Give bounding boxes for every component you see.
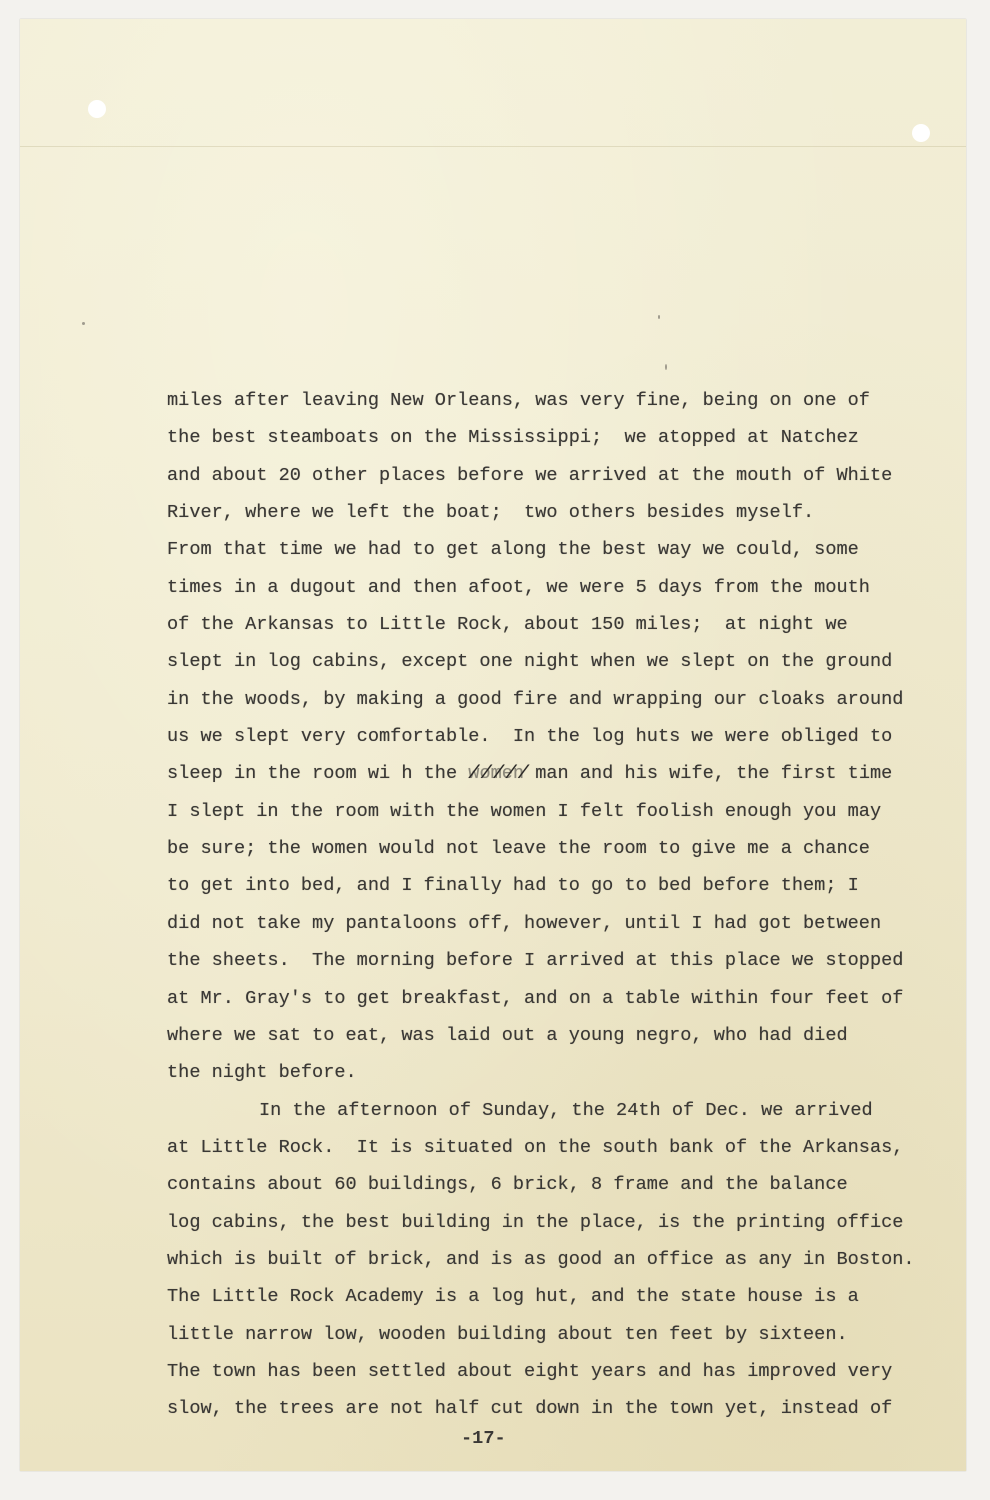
punch-hole-left-icon — [88, 100, 106, 118]
struck-out-word: women — [468, 755, 524, 792]
text-line: contains about 60 buildings, 6 brick, 8 … — [167, 1166, 937, 1203]
text-line: log cabins, the best building in the pla… — [167, 1204, 937, 1241]
text-line: which is built of brick, and is as good … — [167, 1241, 937, 1278]
text-line: of the Arkansas to Little Rock, about 15… — [167, 606, 937, 643]
text-line: slept in log cabins, except one night wh… — [167, 643, 937, 680]
text-line: River, where we left the boat; two other… — [167, 494, 937, 531]
text-line-with-strikeout: sleep in the room wi h the women man and… — [167, 755, 937, 792]
text-line: slow, the trees are not half cut down in… — [167, 1390, 937, 1427]
text-line: The Little Rock Academy is a log hut, an… — [167, 1278, 937, 1315]
typewritten-body: miles after leaving New Orleans, was ver… — [167, 382, 937, 1428]
text-line: be sure; the women would not leave the r… — [167, 830, 937, 867]
text-line: miles after leaving New Orleans, was ver… — [167, 382, 937, 419]
text-line: From that time we had to get along the b… — [167, 531, 937, 568]
paper-speck — [82, 322, 85, 325]
punch-hole-right-icon — [912, 124, 930, 142]
text-line: I slept in the room with the women I fel… — [167, 793, 937, 830]
text-line: did not take my pantaloons off, however,… — [167, 905, 937, 942]
text-line: The town has been settled about eight ye… — [167, 1353, 937, 1390]
paper-fold-crease — [20, 146, 966, 147]
text-line: at Mr. Gray's to get breakfast, and on a… — [167, 980, 937, 1017]
text-segment: sleep in the room wi h the — [167, 763, 468, 784]
text-line: the night before. — [167, 1054, 937, 1091]
text-line: times in a dugout and then afoot, we wer… — [167, 569, 937, 606]
text-line: little narrow low, wooden building about… — [167, 1316, 937, 1353]
text-line: to get into bed, and I finally had to go… — [167, 867, 937, 904]
paper-speck — [665, 364, 667, 370]
page-number: -17- — [461, 1428, 506, 1449]
struck-word-text: women — [468, 763, 524, 784]
text-segment: man and his wife, the first time — [524, 763, 892, 784]
text-line: us we slept very comfortable. In the log… — [167, 718, 937, 755]
paper-speck — [658, 315, 660, 319]
text-line: in the woods, by making a good fire and … — [167, 681, 937, 718]
text-line: where we sat to eat, was laid out a youn… — [167, 1017, 937, 1054]
text-line: and about 20 other places before we arri… — [167, 457, 937, 494]
paragraph-start-line: In the afternoon of Sunday, the 24th of … — [167, 1092, 937, 1129]
text-line: the sheets. The morning before I arrived… — [167, 942, 937, 979]
text-line: the best steamboats on the Mississippi; … — [167, 419, 937, 456]
text-line: at Little Rock. It is situated on the so… — [167, 1129, 937, 1166]
